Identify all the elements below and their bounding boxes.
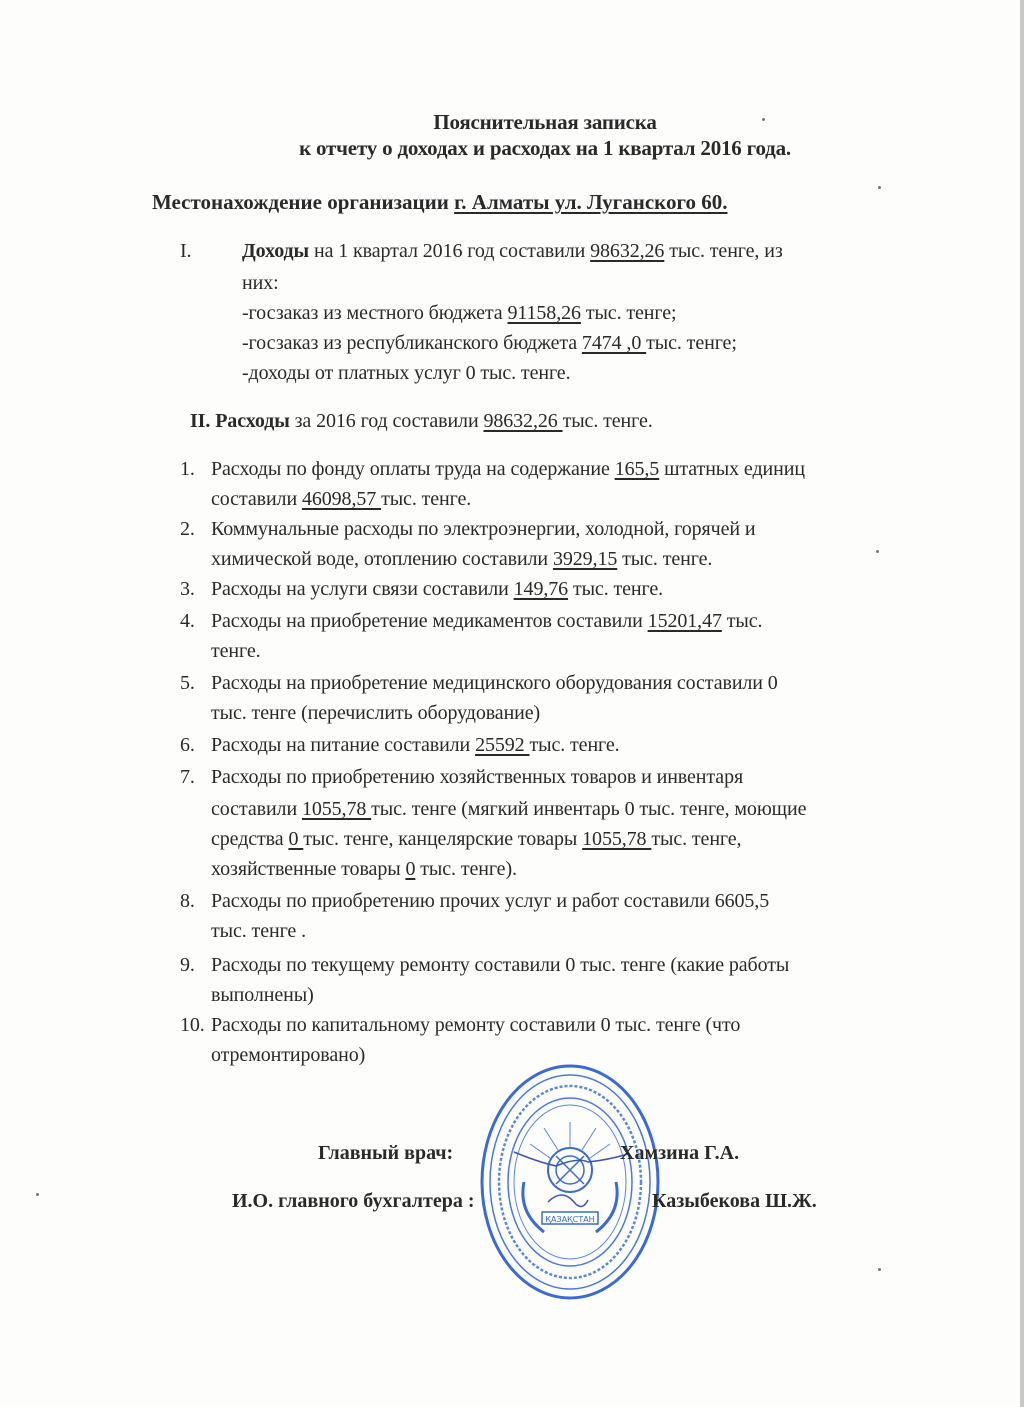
expense-item-1: Расходы по фонду оплаты труда на содержа…	[211, 458, 805, 481]
income-item-unit: тыс. тенге;	[581, 302, 677, 324]
text: Расходы по фонду оплаты труда на содержа…	[211, 458, 615, 480]
text: штатных единиц	[659, 458, 805, 480]
payroll-value: 46098,57	[302, 488, 381, 510]
expense-number: 5.	[180, 672, 195, 695]
income-item-label: -госзаказ из местного бюджета	[242, 302, 507, 324]
expense-item-8-cont: тыс. тенге .	[211, 920, 306, 943]
expense-number: 8.	[180, 890, 195, 913]
text: Расходы на услуги связи составили	[211, 578, 514, 600]
scan-speck	[36, 1193, 39, 1196]
income-item: -госзаказ из республиканского бюджета 74…	[242, 332, 737, 355]
expense-item-10-cont: отремонтировано)	[211, 1044, 365, 1067]
text: тыс. тенге.	[529, 734, 619, 756]
food-value: 25592	[475, 734, 529, 756]
document-title: Пояснительная записка	[0, 110, 1024, 135]
expense-item-1-cont: составили 46098,57 тыс. тенге.	[211, 488, 471, 511]
expenses-text: тыс. тенге.	[563, 410, 653, 432]
expense-item-4: Расходы на приобретение медикаментов сос…	[211, 610, 762, 633]
expense-item-7-cont: хозяйственные товары 0 тыс. тенге).	[211, 858, 517, 881]
income-item-value: 91158,26	[507, 302, 580, 324]
income-item: -госзаказ из местного бюджета 91158,26 т…	[242, 302, 676, 325]
expense-number: 10.	[180, 1014, 205, 1037]
utilities-value: 3929,15	[553, 548, 617, 570]
expense-item-4-cont: тенге.	[211, 640, 261, 663]
staff-units-value: 165,5	[615, 458, 660, 480]
text: тыс. тенге.	[617, 548, 712, 570]
household-goods-value: 0	[405, 858, 415, 880]
expense-number: 4.	[180, 610, 195, 633]
chief-doctor-label: Главный врач:	[318, 1142, 453, 1165]
text: химической воде, отоплению составили	[211, 548, 553, 570]
income-total: 98632,26	[590, 240, 664, 262]
text: средства	[211, 828, 288, 850]
text: Расходы на питание составили	[211, 734, 475, 756]
chief-doctor-name: Хамзина Г.А.	[620, 1142, 739, 1165]
text: тыс.	[722, 610, 763, 632]
text: составили	[211, 798, 302, 820]
income-item: -доходы от платных услуг 0 тыс. тенге.	[242, 362, 570, 385]
expenses-line: II. Расходы за 2016 год составили 98632,…	[190, 410, 653, 433]
expense-item-3: Расходы на услуги связи составили 149,76…	[211, 578, 663, 601]
expense-item-2: Коммунальные расходы по электроэнергии, …	[211, 518, 755, 541]
expenses-text: за 2016 год составили	[290, 410, 484, 432]
income-numeral: I.	[180, 240, 191, 263]
expense-number: 3.	[180, 578, 195, 601]
text: тыс. тенге.	[568, 578, 663, 600]
text: тыс. тенге,	[651, 828, 741, 850]
income-line-2: них:	[242, 272, 279, 295]
income-item-label: -госзаказ из республиканского бюджета	[242, 332, 582, 354]
communication-value: 149,76	[514, 578, 568, 600]
income-heading: Доходы	[242, 240, 309, 262]
expense-number: 6.	[180, 734, 195, 757]
text: тыс. тенге (мягкий инвентарь 0 тыс. тенг…	[371, 798, 806, 820]
income-text: на 1 квартал 2016 год составили	[309, 240, 590, 262]
scan-speck	[878, 1268, 881, 1271]
expense-item-6: Расходы на питание составили 25592 тыс. …	[211, 734, 620, 757]
expense-item-7-cont: составили 1055,78 тыс. тенге (мягкий инв…	[211, 798, 806, 821]
income-item-unit: тыс. тенге;	[646, 332, 737, 354]
svg-text:ҚАЗАҚСТАН: ҚАЗАҚСТАН	[545, 1215, 594, 1224]
scan-speck	[878, 186, 881, 189]
expense-item-5-cont: тыс. тенге (перечислить оборудование)	[211, 702, 540, 725]
text: тыс. тенге.	[381, 488, 471, 510]
expense-number: 7.	[180, 766, 195, 789]
expense-item-8: Расходы по приобретению прочих услуг и р…	[211, 890, 769, 913]
location-value: г. Алматы ул. Луганского 60.	[454, 190, 727, 214]
expense-item-9-cont: выполнены)	[211, 984, 314, 1007]
income-line-1: Доходы на 1 квартал 2016 год составили 9…	[242, 240, 783, 263]
income-item-value: 7474 ,0	[582, 332, 646, 354]
accountant-label: И.О. главного бухгалтера :	[232, 1190, 475, 1213]
expenses-numeral: II.	[190, 410, 210, 432]
medicines-value: 15201,47	[648, 610, 722, 632]
document-page: Пояснительная записка к отчету о доходах…	[0, 0, 1024, 1407]
expense-item-2-cont: химической воде, отоплению составили 392…	[211, 548, 712, 571]
text: хозяйственные товары	[211, 858, 405, 880]
household-value: 1055,78	[302, 798, 371, 820]
expense-item-7: Расходы по приобретению хозяйственных то…	[211, 766, 743, 789]
expense-item-9: Расходы по текущему ремонту составили 0 …	[211, 954, 789, 977]
expense-number: 9.	[180, 954, 195, 977]
expenses-total: 98632,26	[483, 410, 562, 432]
location-label: Местонахождение организации	[152, 190, 454, 214]
organization-location: Местонахождение организации г. Алматы ул…	[152, 190, 727, 215]
text: тыс. тенге).	[415, 858, 517, 880]
stationery-value: 1055,78	[582, 828, 651, 850]
detergents-value: 0	[288, 828, 303, 850]
expense-number: 2.	[180, 518, 195, 541]
accountant-name: Казыбекова Ш.Ж.	[652, 1190, 817, 1213]
document-subtitle: к отчету о доходах и расходах на 1 кварт…	[0, 136, 1024, 161]
expense-item-7-cont: средства 0 тыс. тенге, канцелярские това…	[211, 828, 741, 851]
expenses-heading: Расходы	[215, 410, 290, 432]
text: составили	[211, 488, 302, 510]
expense-item-10: Расходы по капитальному ремонту составил…	[211, 1014, 740, 1037]
expense-item-5: Расходы на приобретение медицинского обо…	[211, 672, 778, 695]
text: Расходы на приобретение медикаментов сос…	[211, 610, 648, 632]
scan-speck	[762, 118, 765, 121]
expense-number: 1.	[180, 458, 195, 481]
text: тыс. тенге, канцелярские товары	[303, 828, 582, 850]
scan-speck	[876, 550, 879, 553]
scan-edge	[1020, 0, 1024, 1407]
income-text: тыс. тенге, из	[664, 240, 782, 262]
official-stamp-icon: ҚАЗАҚСТАН	[478, 1062, 662, 1302]
